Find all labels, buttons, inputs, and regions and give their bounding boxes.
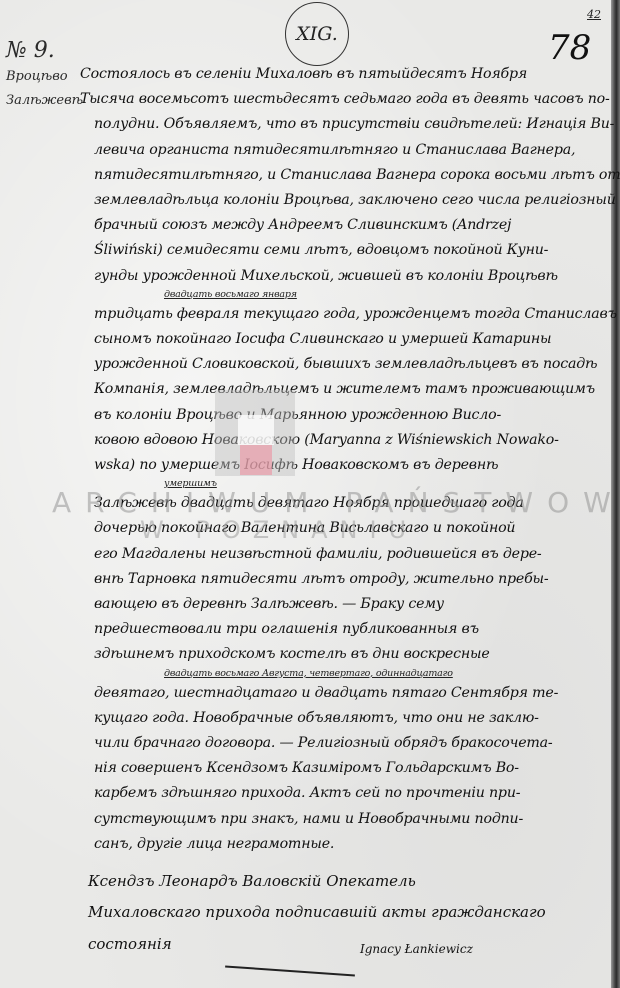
- record-line: внѣ Тарновка пятидесяти лѣтъ отроду, жит…: [94, 567, 620, 591]
- record-line: пятидесятилѣтняго, и Станислава Вагнера …: [94, 163, 620, 187]
- record-line: въ колоніи Вроцѣво и Марьянною урожденно…: [94, 403, 620, 427]
- circular-stamp: XIG.: [285, 2, 349, 66]
- watermark-text-line-2: W POZNANIU: [140, 516, 440, 544]
- entry-number: № 9.: [6, 38, 106, 64]
- record-line: его Магдалены неизвѣстной фамиліи, родив…: [94, 542, 620, 566]
- priest-signature-line-1: Ксендзъ Леонардъ Валовскій Опекатель: [88, 872, 416, 890]
- record-line: карбемъ здѣшняго прихода. Актъ сей по пр…: [94, 781, 620, 805]
- record-line: кущаго года. Новобрачные объявляютъ, что…: [94, 706, 620, 730]
- record-line: Śliwiński) семидесяти семи лѣтъ, вдовцом…: [94, 238, 620, 262]
- record-line: землевладѣльца колоніи Вроцѣва, заключен…: [94, 188, 620, 212]
- interlinear-insert: двадцать восьмаго января: [164, 289, 620, 301]
- record-line: сутствующимъ при знакъ, нами и Новобрачн…: [94, 807, 620, 831]
- record-line: девятаго, шестнадцатаго и двадцать пятаг…: [94, 681, 620, 705]
- record-line: здѣшнемъ приходскомъ костелѣ въ дни воск…: [94, 642, 620, 666]
- record-line: санъ, другіе лица неграмотные.: [94, 832, 620, 856]
- record-line: урожденной Словиковской, бывшихъ землевл…: [94, 352, 620, 376]
- watermark-logo-inner: [238, 415, 274, 445]
- record-line: wska) по умершемъ Іосифѣ Новаковскомъ въ…: [94, 453, 620, 477]
- record-line: полудни. Объявляемъ, что въ присутствіи …: [94, 112, 620, 136]
- record-line: ковою вдовою Новаковскою (Maryanna z Wiś…: [94, 428, 620, 452]
- record-line: гунды урожденной Михельской, жившей въ к…: [94, 264, 620, 288]
- watermark-logo-accent: [240, 445, 272, 475]
- record-line: сыномъ покойнаго Іосифа Сливинскаго и ум…: [94, 327, 620, 351]
- priest-signature-line-3: состоянія: [88, 935, 172, 953]
- record-line: вающею въ деревнѣ Залѣжевѣ. — Браку сему: [94, 592, 620, 616]
- stamp-text: XIG.: [296, 23, 338, 45]
- record-line: предшествовали три оглашенія публикованн…: [94, 617, 620, 641]
- interlinear-insert: двадцать восьмаго Августа, четвертаго, о…: [164, 668, 620, 680]
- record-line: Тысяча восемьсотъ шестьдесятъ седьмаго г…: [80, 87, 610, 111]
- record-line: брачный союзъ между Андреемъ Сливинскимъ…: [94, 213, 620, 237]
- record-line: Компанія, землевладѣльцемъ и жителемъ та…: [94, 377, 620, 401]
- watermark-text-line-1: ARCHIWUM PAŃSTWOWE: [52, 486, 482, 519]
- priest-signature-line-2: Михаловскаго прихода подписавшій акты гр…: [88, 903, 546, 921]
- witness-signature: Ignacy Łankiewicz: [360, 942, 473, 956]
- folio-secondary-number: 42: [587, 8, 601, 21]
- record-line: тридцать февраля текущаго года, урожденц…: [94, 302, 620, 326]
- record-line: левича органиста пятидесятилѣтняго и Ста…: [94, 138, 620, 162]
- record-line: нія совершенъ Ксендзомъ Казиміромъ Гольд…: [94, 756, 620, 780]
- record-line: чили брачнаго договора. — Религіозный об…: [94, 731, 620, 755]
- record-line: Состоялось въ селеніи Михаловѣ въ пятыйд…: [80, 62, 610, 86]
